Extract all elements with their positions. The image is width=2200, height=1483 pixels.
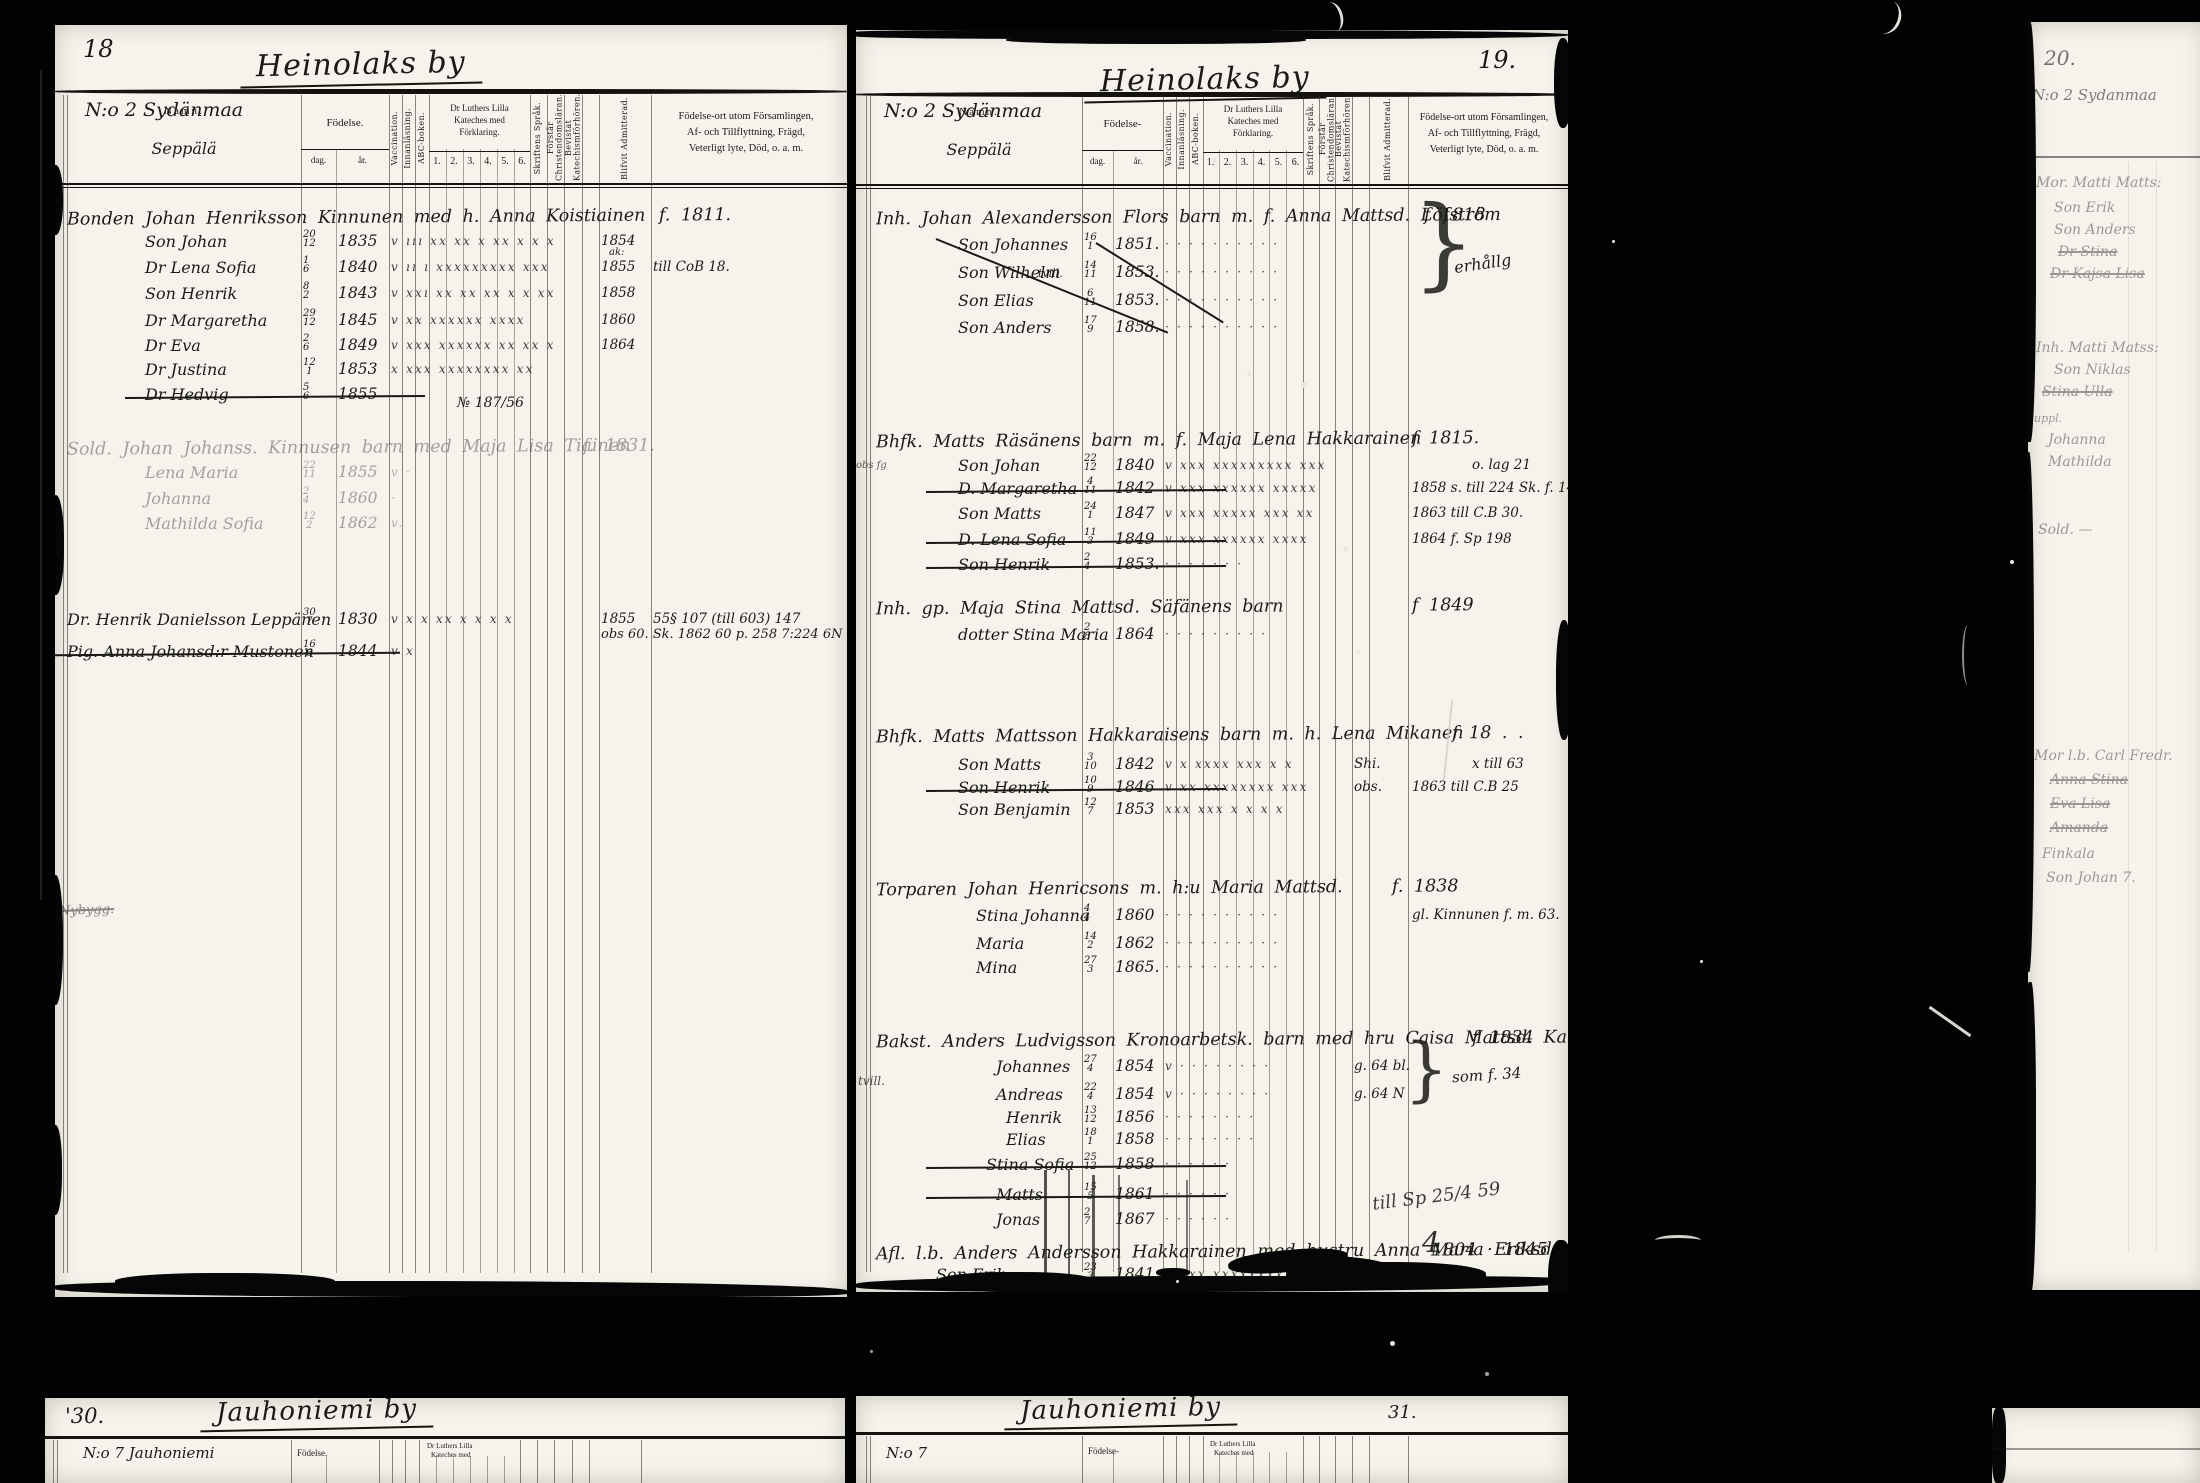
column-line bbox=[389, 95, 390, 1273]
film-scratch bbox=[1929, 1006, 1972, 1037]
column-line bbox=[641, 1440, 642, 1483]
column-subline bbox=[1269, 150, 1270, 1272]
column-subline bbox=[436, 1456, 437, 1483]
column-line bbox=[57, 1440, 58, 1483]
table-top-rule bbox=[1992, 1448, 2200, 1450]
faded-ledger-line: Sold. — bbox=[2038, 522, 2092, 538]
handwritten-note: Födelse- bbox=[1088, 1446, 1119, 1456]
ledger-rows-area: Inh. Johan Alexandersson Flors barn m. f… bbox=[856, 30, 1568, 1292]
handwritten-note: obs fg bbox=[856, 460, 887, 471]
column-subline bbox=[1286, 1452, 1287, 1483]
catechism-marks: v x x xx x x x x bbox=[391, 612, 514, 626]
column-line bbox=[63, 95, 64, 1273]
column-line bbox=[419, 1440, 420, 1483]
handwritten-note: Dr Luthers Lilla bbox=[1210, 1440, 1256, 1448]
film-scratch bbox=[40, 70, 42, 900]
column-subline bbox=[453, 1456, 454, 1483]
microfilm-frame: 18 Heinolaks by N:o 2 Sydänmaa Namn. Sep… bbox=[0, 0, 2200, 1483]
column-line bbox=[1176, 1436, 1177, 1483]
page-edge-blob bbox=[1992, 1408, 2006, 1483]
film-speck bbox=[870, 1350, 873, 1353]
birth-day: 307 bbox=[303, 608, 316, 626]
birth-year: 1830 bbox=[338, 610, 377, 628]
column-subline bbox=[326, 1456, 327, 1483]
column-line bbox=[1082, 1436, 1083, 1483]
column-subline bbox=[1113, 150, 1114, 1272]
column-line bbox=[530, 95, 531, 1273]
column-line bbox=[1303, 96, 1304, 1272]
column-line bbox=[1352, 1436, 1353, 1483]
faded-ledger-line: Amanda bbox=[2050, 820, 2108, 836]
birth-day: 166 bbox=[303, 640, 316, 658]
page-edge-blob bbox=[2028, 982, 2036, 1290]
family-group: Dr. Henrik Danielsson Leppänen3071830v x… bbox=[55, 25, 847, 1297]
handwritten-note: N:o 7 Jauhoniemi bbox=[83, 1444, 214, 1462]
faded-ledger-line: Inh. Matti Matss: bbox=[2036, 340, 2159, 356]
faded-ledger-line: Dr Stina bbox=[2058, 244, 2117, 260]
film-speck bbox=[1247, 372, 1251, 376]
faded-ledger-line: Johanna bbox=[2048, 432, 2106, 448]
column-subline bbox=[514, 149, 515, 1273]
column-subline bbox=[497, 149, 498, 1273]
faded-ledger-line: Finkala bbox=[2042, 846, 2095, 862]
column-line bbox=[1335, 96, 1336, 1272]
faded-ledger-line: Son Niklas bbox=[2054, 362, 2131, 378]
column-subline bbox=[487, 1456, 488, 1483]
column-line bbox=[1203, 1436, 1204, 1483]
column-subline bbox=[336, 149, 337, 1273]
column-line bbox=[866, 96, 867, 1272]
column-line bbox=[1352, 96, 1353, 1272]
handwritten-note: N:o 7 bbox=[886, 1444, 927, 1462]
column-line bbox=[651, 95, 652, 1273]
ledger-rows-area: Bonden Johan Henriksson Kinnunen med h. … bbox=[55, 25, 847, 1297]
column-line bbox=[1082, 96, 1083, 1272]
handwritten-note: tvill. bbox=[858, 1074, 885, 1088]
column-subline bbox=[504, 1456, 505, 1483]
bottom-left-page: '30. Jauhoniemi by N:o 7 JauhoniemiFödel… bbox=[45, 1398, 845, 1483]
film-speck bbox=[1212, 158, 1217, 163]
column-line bbox=[1335, 1436, 1336, 1483]
film-scratch bbox=[1655, 1235, 1701, 1246]
page-edge-blob bbox=[1554, 38, 1568, 128]
handwritten-note: } bbox=[1404, 1038, 1449, 1101]
column-line bbox=[301, 95, 302, 1273]
column-line bbox=[537, 1440, 538, 1483]
film-scratch bbox=[1962, 625, 1974, 685]
column-line bbox=[53, 1440, 54, 1483]
page-edge-blob bbox=[936, 1272, 1096, 1292]
faded-ledger-line: Dr Kajsa Lisa bbox=[2050, 266, 2145, 282]
admitted-year: 1855 bbox=[601, 611, 635, 627]
faded-ledger-line: Mor. Matti Matts: bbox=[2036, 175, 2162, 191]
column-line bbox=[405, 1440, 406, 1483]
page-edge-blob bbox=[115, 1273, 335, 1291]
column-line bbox=[589, 1440, 590, 1483]
column-line bbox=[1369, 1436, 1370, 1483]
column-line bbox=[1408, 1436, 1409, 1483]
column-line bbox=[547, 95, 548, 1273]
column-subline bbox=[1219, 1452, 1220, 1483]
column-line bbox=[599, 95, 600, 1273]
column-line bbox=[1319, 96, 1320, 1272]
film-speck bbox=[2010, 560, 2014, 564]
column-subline bbox=[1113, 1452, 1114, 1483]
column-line bbox=[572, 1440, 573, 1483]
bottom-right-partial-page bbox=[1992, 1408, 2200, 1483]
column-line bbox=[291, 1440, 292, 1483]
column-subline bbox=[1236, 150, 1237, 1272]
faded-ledger-line: Mathilda bbox=[2048, 454, 2112, 470]
column-line bbox=[866, 1436, 867, 1483]
film-speck bbox=[1700, 960, 1703, 963]
column-line bbox=[1369, 96, 1370, 1272]
faded-ledger-line: Anna Stina bbox=[2050, 772, 2128, 788]
column-subline bbox=[463, 149, 464, 1273]
film-scratch bbox=[1867, 0, 1906, 38]
film-speck bbox=[1356, 650, 1360, 654]
film-speck bbox=[1301, 382, 1307, 388]
page-edge-blob bbox=[1556, 620, 1568, 740]
page-edge-blob bbox=[1286, 1262, 1486, 1288]
column-subline bbox=[1236, 1452, 1237, 1483]
ledger-row: Pig. Anna Johansd:r Mustonen1661844v x bbox=[55, 642, 847, 666]
column-subline bbox=[1286, 150, 1287, 1272]
faded-ledger-line: Stina Ulla bbox=[2042, 384, 2113, 400]
column-line bbox=[554, 1440, 555, 1483]
film-speck bbox=[1612, 240, 1615, 243]
person-name: Dr. Henrik Danielsson Leppänen bbox=[67, 610, 331, 629]
handwritten-note: 4 bbox=[1422, 1226, 1440, 1259]
column-line bbox=[1163, 96, 1164, 1272]
column-line bbox=[870, 1436, 871, 1483]
bottom-right-page: 31. Jauhoniemi by N:o 7Födelse-Dr Luther… bbox=[856, 1396, 1568, 1483]
remark-2: obs 60. Sk. 1862 60 p. 258 7:224 6N bbox=[601, 627, 842, 642]
faded-ledger-line: Son Anders bbox=[2054, 222, 2136, 238]
column-line bbox=[1303, 1436, 1304, 1483]
film-speck bbox=[1343, 547, 1348, 552]
ink-smear bbox=[1092, 1175, 1095, 1280]
column-line bbox=[1163, 1436, 1164, 1483]
column-subline bbox=[480, 149, 481, 1273]
left-page: 18 Heinolaks by N:o 2 Sydänmaa Namn. Sep… bbox=[55, 25, 847, 1297]
family-head-birthyear: 1804 · 1845 bbox=[1432, 1240, 1548, 1261]
column-line bbox=[379, 1440, 380, 1483]
column-subline bbox=[470, 1456, 471, 1483]
ledger-rows-area: Mor. Matti Matts:Son ErikSon AndersDr St… bbox=[2028, 22, 2200, 1290]
right-partial-page: 20. N:o 2 Sydanmaa Mor. Matti Matts:Son … bbox=[2028, 22, 2200, 1290]
column-line bbox=[429, 95, 430, 1273]
column-line bbox=[1189, 96, 1190, 1272]
film-speck bbox=[1485, 1372, 1489, 1376]
ledger-header-fragment: N:o 7 JauhoniemiFödelse.Dr Luthers Lilla… bbox=[45, 1398, 845, 1483]
column-line bbox=[1203, 96, 1204, 1272]
faded-ledger-line: Son Erik bbox=[2054, 200, 2115, 216]
column-line bbox=[392, 1440, 393, 1483]
column-line bbox=[67, 95, 68, 1273]
column-line bbox=[402, 95, 403, 1273]
faded-ledger-line: Mor l.b. Carl Fredr. bbox=[2034, 748, 2173, 764]
column-line bbox=[415, 95, 416, 1273]
ink-smear bbox=[1068, 1170, 1070, 1280]
remark: 55§ 107 (till 603) 147 bbox=[653, 611, 800, 627]
handwritten-note: Dr Luthers Lilla bbox=[427, 1442, 473, 1450]
faded-ledger-line: Eva Lisa bbox=[2050, 796, 2110, 812]
column-line bbox=[582, 95, 583, 1273]
column-line bbox=[564, 95, 565, 1273]
column-subline bbox=[446, 149, 447, 1273]
handwritten-note: Födelse. bbox=[297, 1448, 327, 1458]
column-line bbox=[1189, 1436, 1190, 1483]
ink-smear bbox=[1044, 1170, 1047, 1280]
column-line bbox=[870, 96, 871, 1272]
faded-ledger-line: Son Johan 7. bbox=[2046, 870, 2136, 886]
film-speck bbox=[1390, 1341, 1395, 1346]
column-subline bbox=[1269, 1452, 1270, 1483]
ledger-row: Dr. Henrik Danielsson Leppänen3071830v x… bbox=[55, 610, 847, 634]
column-line bbox=[1408, 96, 1409, 1272]
column-subline bbox=[1253, 150, 1254, 1272]
birth-year: 1844 bbox=[338, 642, 377, 660]
column-line bbox=[520, 1440, 521, 1483]
ink-smear bbox=[1186, 1180, 1188, 1280]
film-speck bbox=[1176, 1280, 1179, 1283]
column-subline bbox=[1253, 1452, 1254, 1483]
faded-ledger-line: uppl. bbox=[2034, 412, 2062, 425]
right-page: 19. Heinolaks by N:o 2 Sydänmaa Namn. Se… bbox=[856, 30, 1568, 1292]
person-name: Pig. Anna Johansd:r Mustonen bbox=[67, 642, 314, 661]
column-line bbox=[1176, 96, 1177, 1272]
ledger-header-fragment: N:o 7Födelse-Dr Luthers LillaKateches me… bbox=[856, 1396, 1568, 1483]
ink-smear bbox=[1118, 1175, 1120, 1280]
column-line bbox=[1319, 1436, 1320, 1483]
